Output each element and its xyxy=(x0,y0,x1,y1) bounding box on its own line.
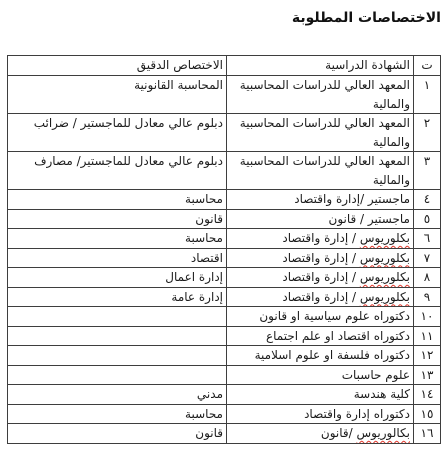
specialization-cell: قانون xyxy=(8,424,227,444)
degree-text: دكتوراه اقتصاد او علم اجتماع xyxy=(266,329,410,343)
specialization-cell: إدارة عامة xyxy=(8,287,227,307)
row-number: ٩ xyxy=(414,287,441,307)
degree-text: المعهد العالي للدراسات المحاسبية والمالي… xyxy=(240,78,410,111)
row-number: ٣ xyxy=(414,152,441,190)
degree-text: دكتوراه إدارة واقتصاد xyxy=(304,407,410,421)
degree-text: /قانون xyxy=(321,426,357,440)
degree-cell: كلية هندسة xyxy=(227,385,414,405)
table-row: ٨ بكلوريوس / إدارة واقتصاد إدارة اعمال xyxy=(8,268,441,288)
row-number: ١٣ xyxy=(414,365,441,385)
row-number: ١٢ xyxy=(414,346,441,366)
table-row: ٦ بكلوريوس / إدارة واقتصاد محاسبة xyxy=(8,229,441,249)
degree-cell: المعهد العالي للدراسات المحاسبية والمالي… xyxy=(227,114,414,152)
degree-cell: ماجستير / قانون xyxy=(227,209,414,229)
degree-text: / إدارة واقتصاد xyxy=(282,251,359,265)
degree-text: / إدارة واقتصاد xyxy=(282,231,359,245)
row-number: ٤ xyxy=(414,190,441,210)
header-degree: الشهادة الدراسية xyxy=(227,56,414,76)
specialization-cell xyxy=(8,326,227,346)
degree-cell: دكتوراه علوم سياسية او قانون xyxy=(227,307,414,327)
header-number: ت xyxy=(414,56,441,76)
degree-cell: دكتوراه إدارة واقتصاد xyxy=(227,404,414,424)
specialization-cell: مدني xyxy=(8,385,227,405)
degree-cell: بكلوريوس / إدارة واقتصاد xyxy=(227,268,414,288)
degree-text: المعهد العالي للدراسات المحاسبية والمالي… xyxy=(240,116,410,149)
table-row: ٩ بكلوريوس / إدارة واقتصاد إدارة عامة xyxy=(8,287,441,307)
degree-text: / إدارة واقتصاد xyxy=(282,290,359,304)
row-number: ١٥ xyxy=(414,404,441,424)
table-row: ٧ بكلوريوس / إدارة واقتصاد اقتصاد xyxy=(8,248,441,268)
degree-cell: بكالوريوس /قانون xyxy=(227,424,414,444)
specialization-cell xyxy=(8,365,227,385)
degree-flagged-word: بكلوريوس xyxy=(360,251,410,265)
degree-cell: بكلوريوس / إدارة واقتصاد xyxy=(227,248,414,268)
table-row: ٣ المعهد العالي للدراسات المحاسبية والما… xyxy=(8,152,441,190)
table-row: ١٤ كلية هندسة مدني xyxy=(8,385,441,405)
specialization-cell: محاسبة xyxy=(8,229,227,249)
specialization-cell: اقتصاد xyxy=(8,248,227,268)
specialization-cell: إدارة اعمال xyxy=(8,268,227,288)
table-row: ٤ ماجستير /إدارة واقتصاد محاسبة xyxy=(8,190,441,210)
table-row: ٢ المعهد العالي للدراسات المحاسبية والما… xyxy=(8,114,441,152)
degree-flagged-word: بكلوريوس xyxy=(360,231,410,245)
table-row: ١٥ دكتوراه إدارة واقتصاد محاسبة xyxy=(8,404,441,424)
table-header-row: ت الشهادة الدراسية الاختصاص الدقيق xyxy=(8,56,441,76)
degree-cell: علوم حاسبات xyxy=(227,365,414,385)
row-number: ٨ xyxy=(414,268,441,288)
specialization-cell xyxy=(8,346,227,366)
row-number: ٢ xyxy=(414,114,441,152)
table-row: ٥ ماجستير / قانون قانون xyxy=(8,209,441,229)
degree-text: دكتوراه علوم سياسية او قانون xyxy=(259,309,410,323)
degree-cell: المعهد العالي للدراسات المحاسبية والمالي… xyxy=(227,152,414,190)
degree-flagged-word: بكلوريوس xyxy=(360,290,410,304)
row-number: ١٦ xyxy=(414,424,441,444)
page-title: الاختصاصات المطلوبة xyxy=(8,8,441,28)
table-row: ١ المعهد العالي للدراسات المحاسبية والما… xyxy=(8,76,441,114)
table-row: ١٦ بكالوريوس /قانون قانون xyxy=(8,424,441,444)
degree-flagged-word: بكلوريوس xyxy=(360,270,410,284)
table-row: ١١ دكتوراه اقتصاد او علم اجتماع xyxy=(8,326,441,346)
degree-text: دكتوراه فلسفة او علوم اسلامية xyxy=(255,348,410,362)
row-number: ١ xyxy=(414,76,441,114)
row-number: ٦ xyxy=(414,229,441,249)
specialization-cell: دبلوم عالي معادل للماجستير / ضرائب xyxy=(8,114,227,152)
specialization-cell: محاسبة xyxy=(8,190,227,210)
row-number: ٥ xyxy=(414,209,441,229)
specialization-cell xyxy=(8,307,227,327)
row-number: ٧ xyxy=(414,248,441,268)
degree-cell: دكتوراه فلسفة او علوم اسلامية xyxy=(227,346,414,366)
specialization-cell: قانون xyxy=(8,209,227,229)
degree-text: / إدارة واقتصاد xyxy=(282,270,359,284)
specializations-table: ت الشهادة الدراسية الاختصاص الدقيق ١ الم… xyxy=(7,55,441,444)
degree-cell: المعهد العالي للدراسات المحاسبية والمالي… xyxy=(227,76,414,114)
specialization-cell: دبلوم عالي معادل للماجستير/ مصارف xyxy=(8,152,227,190)
row-number: ١٤ xyxy=(414,385,441,405)
specialization-cell: محاسبة xyxy=(8,404,227,424)
degree-text: المعهد العالي للدراسات المحاسبية والمالي… xyxy=(240,154,410,187)
degree-cell: بكلوريوس / إدارة واقتصاد xyxy=(227,229,414,249)
degree-text: ماجستير /إدارة واقتصاد xyxy=(294,192,410,206)
degree-text: كلية هندسة xyxy=(354,387,410,401)
header-specialization: الاختصاص الدقيق xyxy=(8,56,227,76)
degree-cell: ماجستير /إدارة واقتصاد xyxy=(227,190,414,210)
document-page: الاختصاصات المطلوبة ت الشهادة الدراسية ا… xyxy=(0,0,447,444)
specialization-cell: المحاسبة القانونية xyxy=(8,76,227,114)
table-row: ١٣ علوم حاسبات xyxy=(8,365,441,385)
degree-flagged-word: بكالوريوس xyxy=(357,426,410,440)
table-row: ١٠ دكتوراه علوم سياسية او قانون xyxy=(8,307,441,327)
row-number: ١٠ xyxy=(414,307,441,327)
degree-cell: دكتوراه اقتصاد او علم اجتماع xyxy=(227,326,414,346)
degree-cell: بكلوريوس / إدارة واقتصاد xyxy=(227,287,414,307)
row-number: ١١ xyxy=(414,326,441,346)
degree-text: علوم حاسبات xyxy=(342,368,410,382)
table-row: ١٢ دكتوراه فلسفة او علوم اسلامية xyxy=(8,346,441,366)
degree-text: ماجستير / قانون xyxy=(329,212,411,226)
